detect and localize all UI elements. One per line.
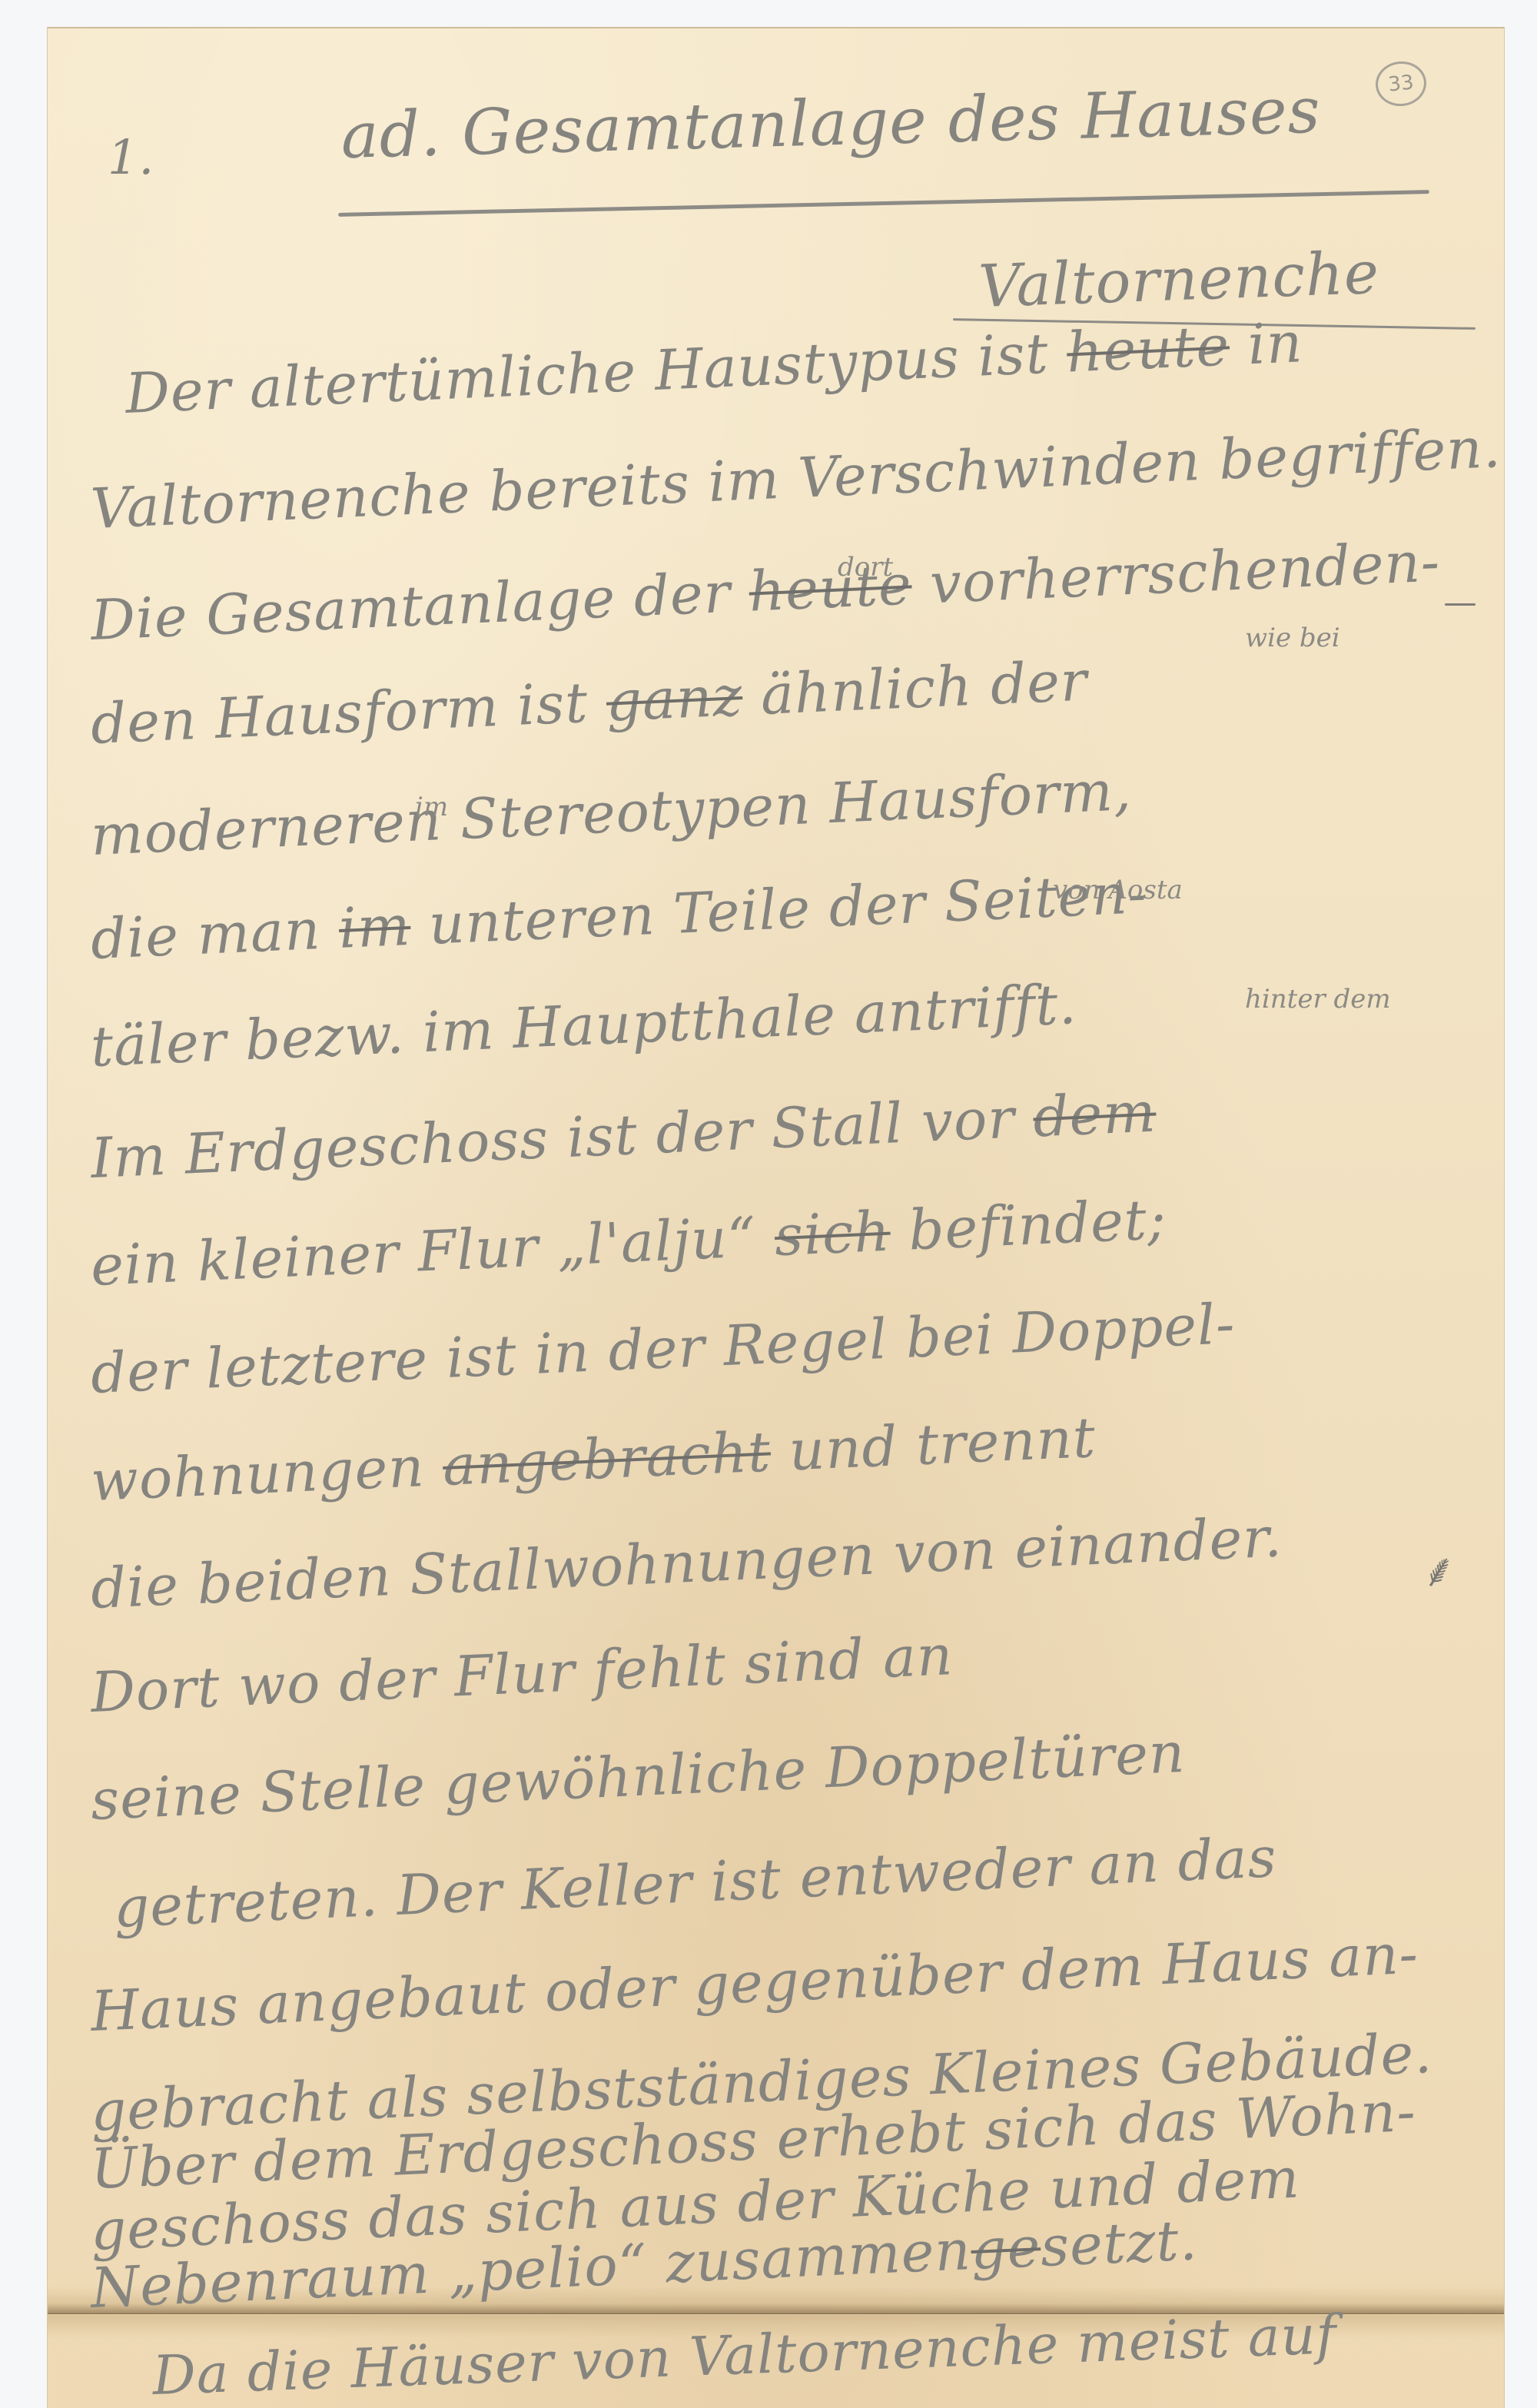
paper-edge — [48, 27, 1504, 28]
struck-word: heute — [1065, 313, 1230, 384]
line-insert: im — [415, 792, 448, 822]
page-number: 33 — [1387, 71, 1415, 96]
struck-word: ganz — [605, 663, 744, 734]
line-insert: wie bei — [1245, 623, 1340, 653]
line-text: setzt. — [1039, 2207, 1199, 2279]
line-text: befindet; — [889, 1187, 1168, 1264]
insertion-mark-icon: ⸙ — [1422, 1537, 1456, 1600]
struck-word: sich — [773, 1199, 891, 1268]
struck-word: im — [337, 893, 412, 961]
subheading: Valtornenche — [978, 238, 1380, 321]
line-insert: dort — [838, 552, 893, 583]
line-insert: von Aosta — [1053, 875, 1183, 905]
hyphen-mark — [1445, 603, 1476, 606]
line-insert: hinter dem — [1245, 984, 1391, 1015]
struck-word: ge — [970, 2214, 1042, 2282]
heading-number: 1. — [108, 129, 154, 185]
line-text: die man — [89, 896, 340, 972]
struck-word: dem — [1032, 1080, 1157, 1150]
line-text: in — [1228, 310, 1304, 377]
